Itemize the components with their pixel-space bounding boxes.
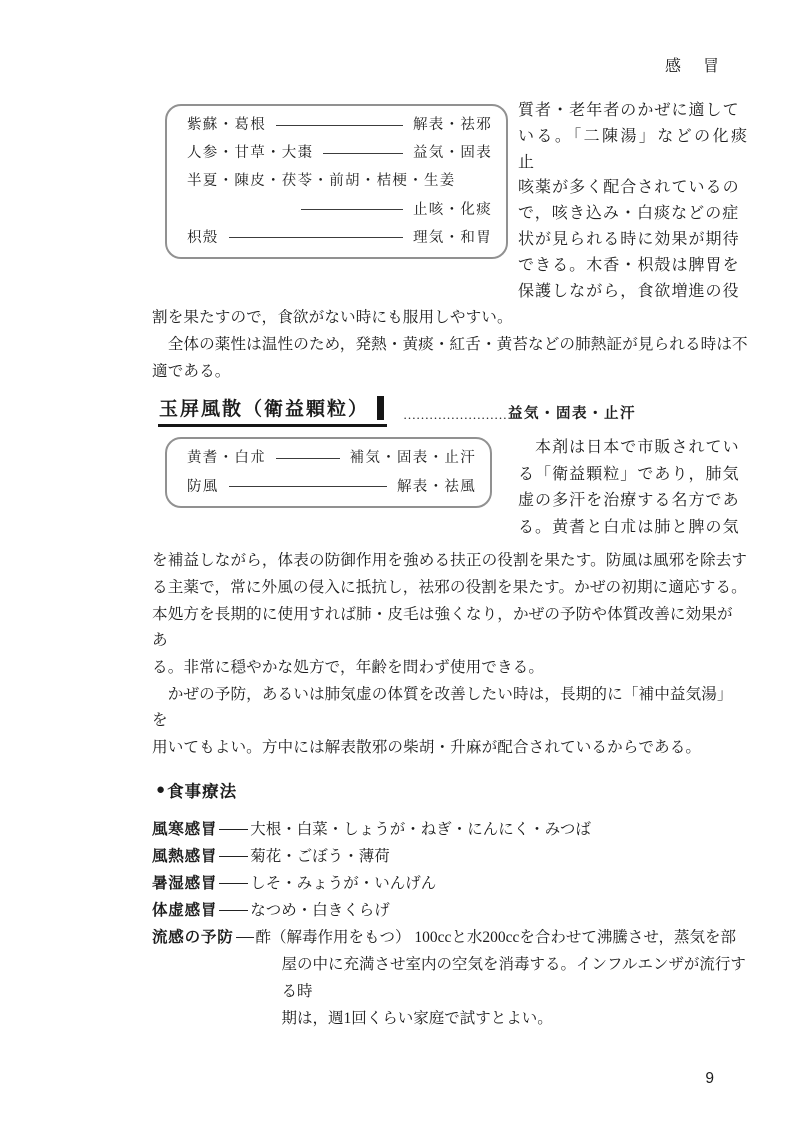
diet-item-content: 酢（解毒作用をもつ） 100ccと水200ccを合わせて沸騰させ，蒸気を部 屋の… [256, 924, 748, 1032]
heading-effects: 益気・固表・止汗 [508, 402, 636, 423]
formula-row: 防風 解表・祛風 [187, 473, 476, 501]
herb-names: 黄耆・白朮 [187, 444, 266, 472]
formula-box-1: 紫蘇・葛根 解表・祛邪 人参・甘草・大棗 益気・固表 半夏・陳皮・茯苓・前胡・桔… [165, 104, 508, 259]
dash-connector [219, 829, 248, 830]
formula-row: 枳殻 理気・和胃 [187, 224, 492, 252]
effect-names: 解表・祛邪 [413, 111, 492, 139]
dotted-leader: …………………… [403, 407, 507, 423]
herb-names: 枳殻 [187, 224, 219, 252]
effect-names: 補気・固表・止汗 [350, 444, 476, 472]
page-number: 9 [705, 1070, 714, 1088]
diet-item-content: しそ・みょうが・いんげん [250, 870, 436, 897]
section-formula-1: 紫蘇・葛根 解表・祛邪 人参・甘草・大棗 益気・固表 半夏・陳皮・茯苓・前胡・桔… [152, 96, 748, 304]
diet-item: 暑湿感冒 しそ・みょうが・いんげん [152, 870, 748, 897]
herb-names: 防風 [187, 473, 219, 501]
effect-names: 止咳・化痰 [413, 196, 492, 224]
diet-item: 風寒感冒 大根・白菜・しょうが・ねぎ・にんにく・みつば [152, 816, 748, 843]
section-formula-2: 黄耆・白朮 補気・固表・止汗 防風 解表・祛風 本剤は日本で市販されてい る「衛… [152, 435, 748, 541]
diet-item: 体虚感冒 なつめ・白きくらげ [152, 897, 748, 924]
formula-heading-row: 玉屏風散（衛益顆粒） …………………… 益気・固表・止汗 [158, 393, 748, 427]
body-paragraph-1: 割を果たすので，食欲がない時にも服用しやすい。 全体の薬性は温性のため，発熱・黄… [152, 305, 748, 385]
diet-item-label: 風寒感冒 [152, 816, 217, 843]
effect-names: 解表・祛風 [397, 473, 476, 501]
side-commentary-1: 質者・老年者のかぜに適して いる。「二陳湯」などの化痰止 咳薬が多く配合されてい… [518, 98, 748, 304]
dash-connector [301, 209, 403, 210]
dash-connector [219, 856, 248, 857]
formula-row: 止咳・化痰 [187, 196, 492, 224]
diet-item-content: 大根・白菜・しょうが・ねぎ・にんにく・みつば [250, 816, 591, 843]
herb-names: 紫蘇・葛根 [187, 111, 266, 139]
formula-row: 黄耆・白朮 補気・固表・止汗 [187, 444, 476, 472]
diet-item-content: なつめ・白きくらげ [250, 897, 390, 924]
herb-names: 人参・甘草・大棗 [187, 139, 313, 167]
effect-names: 益気・固表 [413, 139, 492, 167]
diet-item-label: 風熱感冒 [152, 843, 217, 870]
diet-heading-label: 食事療法 [167, 778, 237, 802]
formula-heading-label: 玉屏風散（衛益顆粒） [159, 394, 369, 421]
diet-item-content: 菊花・ごぼう・薄荷 [250, 843, 390, 870]
herb-names: 半夏・陳皮・茯苓・前胡・桔梗・生姜 [187, 167, 456, 195]
formula-row: 人参・甘草・大棗 益気・固表 [187, 139, 492, 167]
body-paragraph-2: を補益しながら，体表の防御作用を強める扶正の役割を果たす。防風は風邪を除去す る… [152, 548, 748, 762]
diet-heading: ● 食事療法 [156, 778, 748, 802]
dash-connector [236, 937, 254, 938]
formula-box-2: 黄耆・白朮 補気・固表・止汗 防風 解表・祛風 [165, 437, 492, 507]
diet-list: 風寒感冒 大根・白菜・しょうが・ねぎ・にんにく・みつば 風熱感冒 菊花・ごぼう・… [152, 816, 748, 1032]
diet-item: 風熱感冒 菊花・ごぼう・薄荷 [152, 843, 748, 870]
diet-item-label: 体虚感冒 [152, 897, 217, 924]
running-header: 感 冒 [152, 56, 748, 78]
dash-connector [229, 237, 403, 238]
diet-item-label: 暑湿感冒 [152, 870, 217, 897]
dash-connector [219, 883, 248, 884]
dash-connector [323, 153, 403, 154]
diet-item-label: 流感の予防 [152, 924, 234, 951]
dash-connector [276, 125, 403, 126]
book-page: 感 冒 紫蘇・葛根 解表・祛邪 人参・甘草・大棗 益気・固表 半夏・陳皮・茯苓・… [0, 0, 800, 1129]
dash-connector [219, 910, 248, 911]
dash-connector [276, 458, 340, 459]
side-commentary-2: 本剤は日本で市販されてい る「衛益顆粒」であり，肺気 虚の多汗を治療する名方であ… [518, 435, 748, 541]
formula-row: 半夏・陳皮・茯苓・前胡・桔梗・生姜 [187, 167, 492, 195]
effect-names: 理気・和胃 [413, 224, 492, 252]
formula-row: 紫蘇・葛根 解表・祛邪 [187, 111, 492, 139]
dash-connector [229, 486, 387, 487]
bullet-icon: ● [156, 781, 166, 798]
formula-heading: 玉屏風散（衛益顆粒） [158, 394, 387, 427]
heading-bar-icon [377, 396, 384, 420]
diet-item: 流感の予防 酢（解毒作用をもつ） 100ccと水200ccを合わせて沸騰させ，蒸… [152, 924, 748, 1032]
